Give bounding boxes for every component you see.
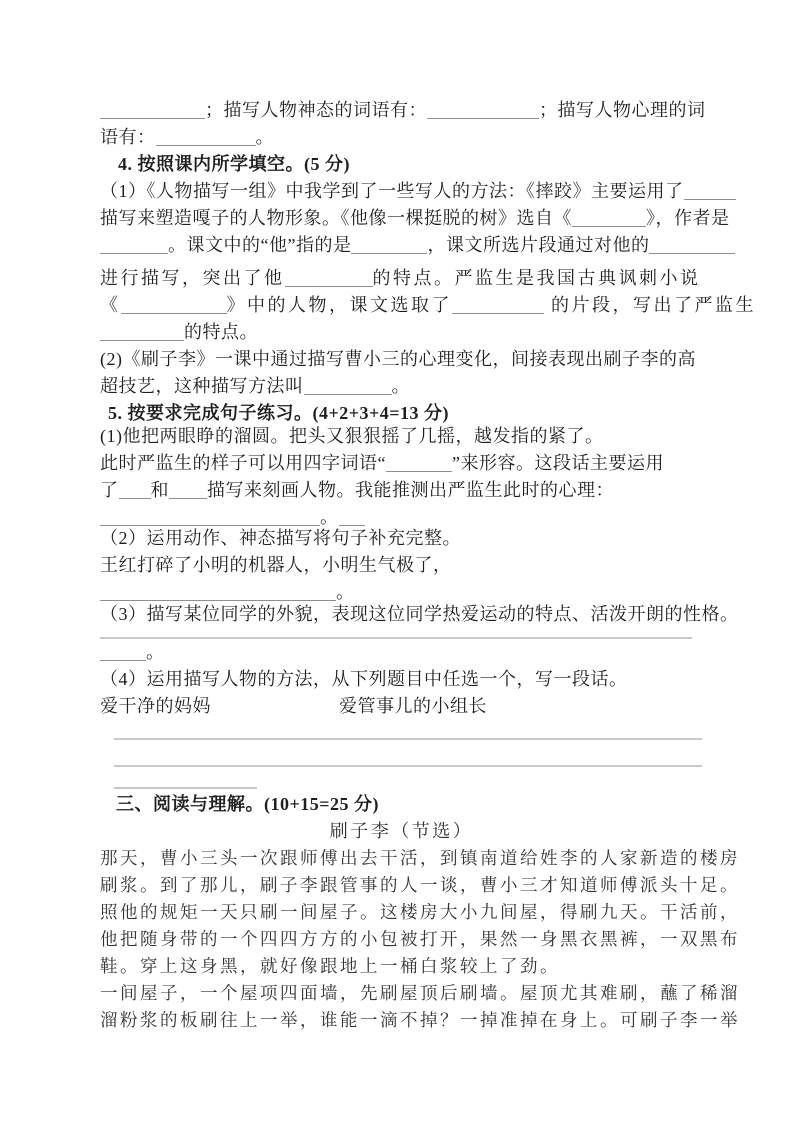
text-run: 和	[151, 480, 170, 500]
q4-item2-line: (2)《刷子李》一课中通过描写曹小三的心理变化，间接表现出刷子李的高	[100, 346, 703, 373]
text-run: 。	[336, 582, 355, 602]
q5-item2-line: 王红打碎了小明的机器人，小明生气极了，	[100, 552, 703, 579]
text-run: 溜粉浆的板刷往上一举，谁能一滴不掉？一掉准掉在身上。可刷子李一举	[100, 1010, 740, 1030]
text-run: 的特点。严监生是我国古典讽刺小说	[373, 268, 701, 288]
passage-line: 他把随身带的一个四四方方的小包被打开，果然一身黑衣黑裤，一双黑布	[100, 926, 703, 953]
blank-field	[351, 235, 427, 254]
text-run: 语有：	[100, 127, 156, 147]
text-run: 》，作者是	[646, 208, 730, 228]
text-run: 描写来刻画人物。我能推测出严监生此时的心理：	[207, 480, 614, 500]
answer-rule-bar	[114, 765, 702, 767]
text-run: 王红打碎了小明的机器人，小明生气极了，	[100, 555, 452, 575]
text-run: 那天，曹小三头一次跟师傅出去干活，到镇南道给姓李的人家新造的楼房	[100, 848, 740, 868]
blank-field	[285, 268, 373, 287]
document-page: ；描写人物神态的词语有：；描写人物心理的词语有：。4. 按照课内所学填空。(5 …	[0, 0, 793, 1122]
text-run: 》中的人物，课文选取了	[227, 295, 453, 315]
q5-item2-line: （2）运用动作、神态描写将句子补充完整。	[100, 525, 703, 552]
blank-field	[684, 181, 736, 200]
text-run: (1)他把两眼睁的溜圆。把头又狠狠摇了几摇，越发指的紧了。	[100, 426, 604, 446]
text-run: 。	[392, 376, 411, 396]
answer-rule	[100, 738, 703, 740]
text-run: 鞋。穿上这身黑，就好像跟地上一桶白浆较上了劲。	[100, 956, 560, 976]
blank-field	[339, 507, 365, 526]
reading-passage-title: 刷子李（节选）	[100, 818, 703, 845]
q4-item1-line: 的特点。	[100, 319, 703, 346]
text-run: 。	[256, 127, 275, 147]
text-run: 此时严监生的样子可以用四字词语“	[100, 453, 386, 473]
text-run: 刷子李（节选）	[330, 821, 474, 841]
blank-field	[100, 582, 336, 601]
section-3-heading: 三、阅读与理解。(10+15=25 分)	[100, 791, 703, 818]
q4-item1-line: （1）《人物描写一组》中我学到了一些写人的方法：《摔跤》主要运用了	[100, 178, 703, 205]
passage-line: 那天，曹小三头一次跟师傅出去干活，到镇南道给姓李的人家新造的楼房	[100, 845, 703, 872]
blank-field	[121, 295, 227, 314]
fill-blank-words-line: ；描写人物神态的词语有：；描写人物心理的词	[100, 97, 703, 124]
text-run: （1）《人物描写一组》中我学到了一些写人的方法：《摔跤》主要运用了	[100, 181, 684, 201]
passage-line: 照他的规矩一天只刷一间屋子。这楼房大小九间屋，得刷九天。干活前，	[100, 899, 703, 926]
passage-line: 溜粉浆的板刷往上一举，谁能一滴不掉？一掉准掉在身上。可刷子李一举	[100, 1007, 703, 1034]
answer-rule	[100, 765, 703, 767]
passage-line: 鞋。穿上这身黑，就好像跟地上一桶白浆较上了劲。	[100, 953, 703, 980]
text-run: 描写来塑造嘎子的人物形象。《他像一棵挺脱的树》选自《	[100, 208, 572, 228]
question-4-heading: 4. 按照课内所学填空。(5 分)	[100, 151, 703, 178]
text-run: 了	[100, 480, 119, 500]
text-run: ，课文所选片段通过对他的	[427, 235, 649, 255]
fill-blank-words-line: 语有：。	[100, 124, 703, 151]
q5-item4-line: （4）运用描写人物的方法，从下列题目中任选一个，写一段话。	[100, 666, 703, 693]
text-run: 照他的规矩一天只刷一间屋子。这楼房大小九间屋，得刷九天。干活前，	[100, 902, 740, 922]
blank-field	[100, 642, 146, 661]
text-run: 一间屋子，一个屋项四面墙，先刷屋顶后刷墙。屋顶尤其难刷，蘸了稀溜	[100, 983, 740, 1003]
answer-rule-bar	[114, 738, 702, 740]
text-run: 刷浆。到了那儿，刷子李跟管事的人一谈，曹小三才知道师傅派头十足。	[100, 875, 740, 895]
text-run: ”来形容。这段话主要运用	[452, 453, 664, 473]
text-run: 超技艺，这种描写方法叫	[100, 376, 304, 396]
blank-field	[156, 127, 256, 146]
text-run: 5. 按要求完成句子练习。(4+2+3+4=13 分)	[108, 403, 449, 423]
q5-item4-topics-line: 爱干净的妈妈爱管事儿的小组长	[100, 693, 703, 720]
worksheet-content: ；描写人物神态的词语有：；描写人物心理的词语有：。4. 按照课内所学填空。(5 …	[0, 0, 793, 1034]
text-run: 爱干净的妈妈	[100, 696, 211, 716]
blank-field	[100, 235, 168, 254]
q4-item1-line: 进行描写，突出了他的特点。严监生是我国古典讽刺小说	[100, 265, 703, 292]
answer-rule-bar	[114, 787, 257, 789]
blank-field	[119, 480, 151, 499]
q5-item3-answer-line: 。	[100, 639, 703, 666]
text-run: 三、阅读与理解。(10+15=25 分)	[116, 794, 379, 814]
text-run: 的特点。	[184, 322, 258, 342]
text-run: 。	[320, 507, 339, 527]
blank-field	[100, 507, 320, 526]
blank-field	[386, 453, 452, 472]
text-run: 。	[146, 642, 165, 662]
answer-rule	[100, 787, 703, 789]
text-run: 他把随身带的一个四四方方的小包被打开，果然一身黑衣黑裤，一双黑布	[100, 929, 740, 949]
blank-field	[100, 322, 184, 341]
text-run: （3）描写某位同学的外貌，表现这位同学热爱运动的特点、活泼开朗的性格。	[100, 604, 739, 624]
text-run: 爱管事儿的小组长	[339, 696, 487, 716]
blank-field	[304, 376, 392, 395]
text-run: ；描写人物心理的词	[539, 100, 706, 120]
blank-field	[169, 480, 207, 499]
passage-line: 刷浆。到了那儿，刷子李跟管事的人一谈，曹小三才知道师傅派头十足。	[100, 872, 703, 899]
text-run: (2)《刷子李》一课中通过描写曹小三的心理变化，间接表现出刷子李的高	[100, 349, 696, 369]
text-run: （4）运用描写人物的方法，从下列题目中任选一个，写一段话。	[100, 669, 628, 689]
text-run: （2）运用动作、神态描写将句子补充完整。	[100, 528, 461, 548]
blank-field	[427, 100, 539, 119]
text-run: 《	[100, 295, 121, 315]
text-run: 进行描写，突出了他	[100, 268, 285, 288]
text-run: 4. 按照课内所学填空。(5 分)	[118, 154, 350, 174]
q5-item1-line: 了和描写来刻画人物。我能推测出严监生此时的心理：	[100, 477, 703, 504]
q4-item2-line: 超技艺，这种描写方法叫。	[100, 373, 703, 400]
q5-item1-line: (1)他把两眼睁的溜圆。把头又狠狠摇了几摇，越发指的紧了。	[100, 423, 703, 450]
q4-item1-line: 《》中的人物，课文选取了 的片段，写出了严监生	[100, 292, 703, 319]
passage-line: 一间屋子，一个屋项四面墙，先刷屋顶后刷墙。屋顶尤其难刷，蘸了稀溜	[100, 980, 703, 1007]
blank-field	[100, 100, 205, 119]
blank-field	[572, 208, 646, 227]
text-run: ；描写人物神态的词语有：	[205, 100, 427, 120]
q4-item1-line: 。课文中的“他”指的是，课文所选片段通过对他的	[100, 232, 703, 259]
text-run: 的片段，写出了严监生	[544, 295, 756, 315]
q4-item1-line: 描写来塑造嘎子的人物形象。《他像一棵挺脱的树》选自《》，作者是	[100, 205, 703, 232]
q5-item1-line: 此时严监生的样子可以用四字词语“”来形容。这段话主要运用	[100, 450, 703, 477]
blank-field	[649, 235, 735, 254]
blank-field	[452, 295, 544, 314]
q5-item3-line: （3）描写某位同学的外貌，表现这位同学热爱运动的特点、活泼开朗的性格。	[100, 601, 703, 628]
text-run: 。课文中的“他”指的是	[168, 235, 351, 255]
